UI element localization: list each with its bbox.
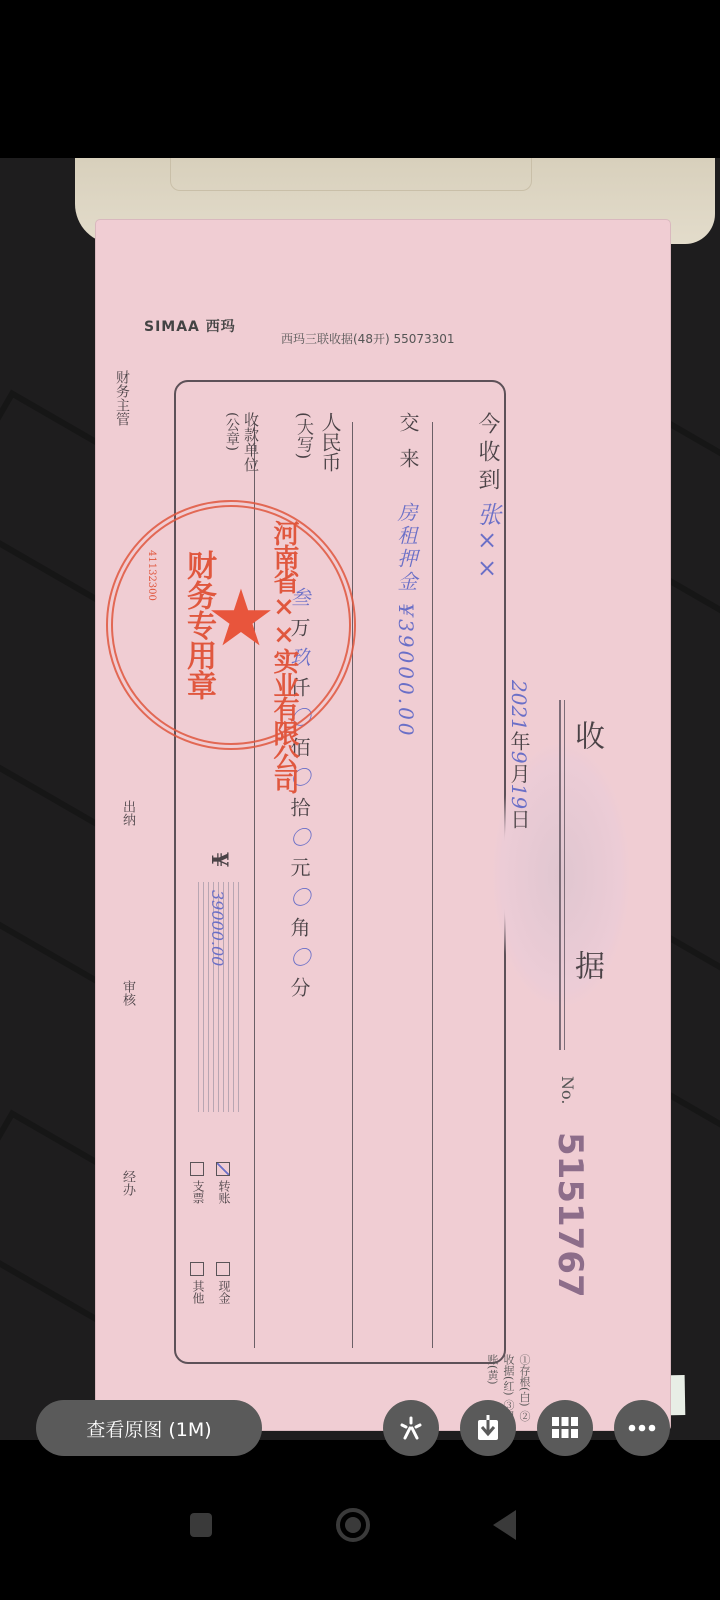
payment-method-cash-checkbox[interactable] bbox=[216, 1262, 230, 1276]
payment-method-check-checkbox[interactable] bbox=[190, 1162, 204, 1176]
stamp-purpose: 财务专用章 bbox=[176, 550, 220, 700]
payment-method-other-checkbox[interactable] bbox=[190, 1262, 204, 1276]
back-button[interactable] bbox=[493, 1510, 516, 1540]
receipt-number-prefix: No. bbox=[558, 1076, 577, 1104]
download-button[interactable] bbox=[460, 1400, 516, 1456]
auditor-label: 审核 bbox=[118, 980, 137, 1006]
amount-figure-field: 39000.00 bbox=[198, 882, 242, 1112]
effects-button[interactable] bbox=[383, 1400, 439, 1456]
payment-method-cash-label: 现金 bbox=[216, 1280, 233, 1304]
sparkle-icon bbox=[398, 1415, 424, 1441]
received-from-label: 今收到 bbox=[472, 412, 503, 496]
cashier-label: 出纳 bbox=[118, 800, 137, 826]
payment-method-other-label: 其他 bbox=[190, 1280, 207, 1304]
recent-apps-button[interactable] bbox=[190, 1513, 212, 1537]
payment-for-value: 房租押金 ¥39000.00 bbox=[392, 502, 421, 739]
received-from-value: 张×× bbox=[470, 502, 505, 582]
download-icon bbox=[475, 1414, 501, 1442]
receipt-title-right: 据 bbox=[564, 950, 608, 980]
receipt-title-left: 收 bbox=[564, 720, 608, 750]
currency-symbol: ¥ bbox=[206, 852, 232, 867]
more-button[interactable] bbox=[614, 1400, 670, 1456]
more-icon bbox=[628, 1424, 656, 1432]
rmb-label: 人民币 bbox=[316, 412, 345, 472]
apps-button[interactable] bbox=[537, 1400, 593, 1456]
rmb-sub-label: (大写) bbox=[291, 412, 316, 459]
payment-for-label: 交来 bbox=[394, 412, 423, 484]
receipt-number: 5151767 bbox=[550, 1132, 590, 1298]
home-button[interactable] bbox=[336, 1508, 370, 1542]
payment-method-transfer-checkbox[interactable] bbox=[216, 1162, 230, 1176]
brand-logo: SIMAA 西玛 bbox=[144, 316, 236, 336]
payee-unit-label: 收款单位 bbox=[242, 412, 260, 472]
payment-method-transfer-label: 转账 bbox=[216, 1180, 233, 1204]
stamp-code: 41132300 bbox=[146, 550, 157, 601]
payee-unit-sub-label: (公章) bbox=[222, 412, 242, 451]
receipt-date: 2021年9月19日 bbox=[508, 680, 530, 829]
stamp-company: 河南省××实业有限公司 bbox=[266, 520, 303, 792]
photo-viewer-image[interactable]: SIMAA 西玛 西玛三联收据(48开) 55073301 财务主管 出纳 审核… bbox=[0, 158, 720, 1440]
view-original-button[interactable]: 查看原图 (1M) bbox=[36, 1400, 262, 1456]
receipt: SIMAA 西玛 西玛三联收据(48开) 55073301 财务主管 出纳 审核… bbox=[96, 220, 670, 1430]
receipt-series: 西玛三联收据(48开) 55073301 bbox=[281, 330, 455, 347]
payment-method-check-label: 支票 bbox=[190, 1180, 207, 1204]
handler-label: 经办 bbox=[118, 1170, 137, 1196]
grid-icon bbox=[552, 1417, 578, 1439]
finance-manager-label: 财务主管 bbox=[112, 370, 132, 426]
